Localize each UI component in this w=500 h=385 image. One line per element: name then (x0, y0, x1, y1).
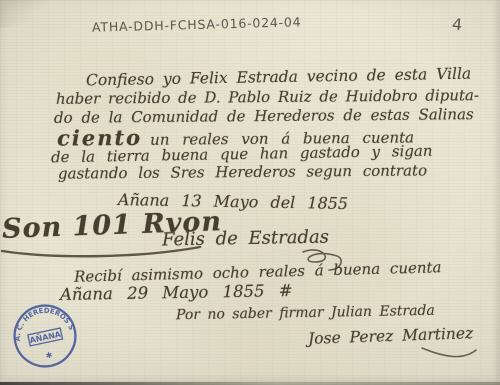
scanned-receipt-document: ATHA-DDH-FCHSA-016-024-04 4 Confieso yo … (0, 0, 500, 385)
corner-fold-shadow (0, 0, 46, 28)
stamp-star-icon: ✱ (45, 350, 54, 360)
receipt2-dateline: Añana 29 Mayo 1855 # (60, 281, 293, 304)
archive-reference: ATHA-DDH-FCHSA-016-024-04 (92, 14, 302, 34)
signature-tail-flourish-icon (420, 344, 480, 364)
receipt2-line-3: Por no saber firmar Julian Estrada (176, 303, 435, 324)
receipt1-line-2: haber recibido de D. Pablo Ruiz de Huido… (56, 86, 479, 108)
heirs-community-stamp-icon: A. C. HEREDEROS SALINAS AÑANA ✱ (6, 297, 84, 375)
folio-number: 4 (451, 15, 463, 35)
receipt1-line-6: gastando los Sres Herederos segun contra… (58, 161, 427, 182)
receipt1-line-1: Confieso yo Felix Estrada vecino de esta… (86, 65, 471, 90)
